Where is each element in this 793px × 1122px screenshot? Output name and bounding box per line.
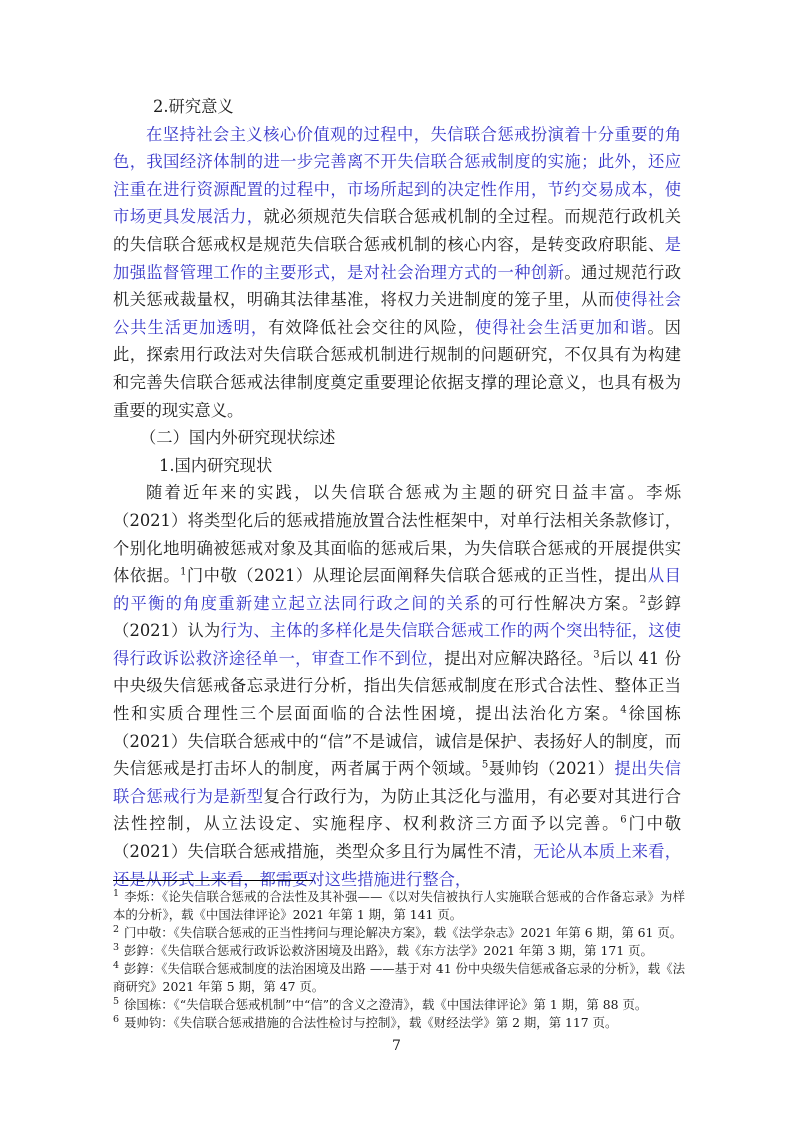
text-run: 提出对应解决路径。 xyxy=(444,649,593,668)
footnote-1: 1李烁：《论失信联合惩戒的合法性及其补强——《以对失信被执行人实施联合惩戒的合作… xyxy=(113,888,685,924)
footnote-3-number: 3 xyxy=(113,942,119,953)
footnote-4-text: 彭錞：《失信联合惩戒制度的法治困境及出路 ——基于对 41 份中央级失信惩戒备忘… xyxy=(113,961,685,994)
footnote-3: 3彭錞：《失信联合惩戒行政诉讼救济困境及出路》，载《东方法学》2021 年第 3… xyxy=(113,942,685,960)
text-run: 聂帅钧（2021） xyxy=(488,759,614,778)
footnote-4-number: 4 xyxy=(113,960,119,971)
footnote-6-text: 聂帅钧：《失信联合惩戒措施的合法性检讨与控制》，载《财经法学》第 2 期，第 1… xyxy=(124,1015,617,1030)
footnote-1-text: 李烁：《论失信联合惩戒的合法性及其补强——《以对失信被执行人实施联合惩戒的合作备… xyxy=(113,889,685,922)
footnote-2: 2门中敬：《失信联合惩戒的正当性拷问与理论解决方案》，载《法学杂志》2021 年… xyxy=(113,924,685,942)
footnote-separator-line xyxy=(113,880,313,881)
document-page: 2.研究意义 在坚持社会主义核心价值观的过程中，失信联合惩戒扮演着十分重要的角色… xyxy=(0,0,793,1122)
document-body: 2.研究意义 在坚持社会主义核心价值观的过程中，失信联合惩戒扮演着十分重要的角色… xyxy=(113,93,681,893)
paragraph-domestic-research: 随着近年来的实践，以失信联合惩戒为主题的研究日益丰富。李烁（2021）将类型化后… xyxy=(113,479,681,893)
text-run: 的可行性解决方案。 xyxy=(482,594,640,613)
heading-research-significance: 2.研究意义 xyxy=(113,93,681,121)
footnote-1-number: 1 xyxy=(113,888,119,899)
footnote-4: 4彭錞：《失信联合惩戒制度的法治困境及出路 ——基于对 41 份中央级失信惩戒备… xyxy=(113,960,685,996)
footnotes-section: 1李烁：《论失信联合惩戒的合法性及其补强——《以对失信被执行人实施联合惩戒的合作… xyxy=(113,880,685,1032)
footnote-6: 6聂帅钧：《失信联合惩戒措施的合法性检讨与控制》，载《财经法学》第 2 期，第 … xyxy=(113,1014,685,1032)
footnote-2-number: 2 xyxy=(113,924,119,935)
heading-domestic-research-status: 1.国内研究现状 xyxy=(113,452,681,480)
footnote-2-text: 门中敬：《失信联合惩戒的正当性拷问与理论解决方案》，载《法学杂志》2021 年第… xyxy=(124,925,682,940)
footnote-3-text: 彭錞：《失信联合惩戒行政诉讼救济困境及出路》，载《东方法学》2021 年第 3 … xyxy=(124,943,653,958)
text-run: 有效降低社会交往的风险， xyxy=(268,318,475,337)
paragraph-research-significance: 在坚持社会主义核心价值观的过程中，失信联合惩戒扮演着十分重要的角色，我国经济体制… xyxy=(113,121,681,425)
footnote-6-number: 6 xyxy=(113,1014,119,1025)
footnote-5-number: 5 xyxy=(113,996,119,1007)
page-number: 7 xyxy=(0,1038,793,1054)
footnote-5: 5徐国栋：《“失信联合惩戒机制”中“信”的含义之澄清》，载《中国法律评论》第 1… xyxy=(113,996,685,1014)
heading-research-status-review: （二）国内外研究现状综述 xyxy=(113,424,681,452)
footnote-5-text: 徐国栋：《“失信联合惩戒机制”中“信”的含义之澄清》，载《中国法律评论》第 1 … xyxy=(124,997,647,1012)
text-run: 门中敬（2021）从理论层面阐释失信联合惩戒的正当性，提出 xyxy=(186,566,647,585)
highlighted-text-run: 使得社会生活更加和谐 xyxy=(475,318,647,337)
